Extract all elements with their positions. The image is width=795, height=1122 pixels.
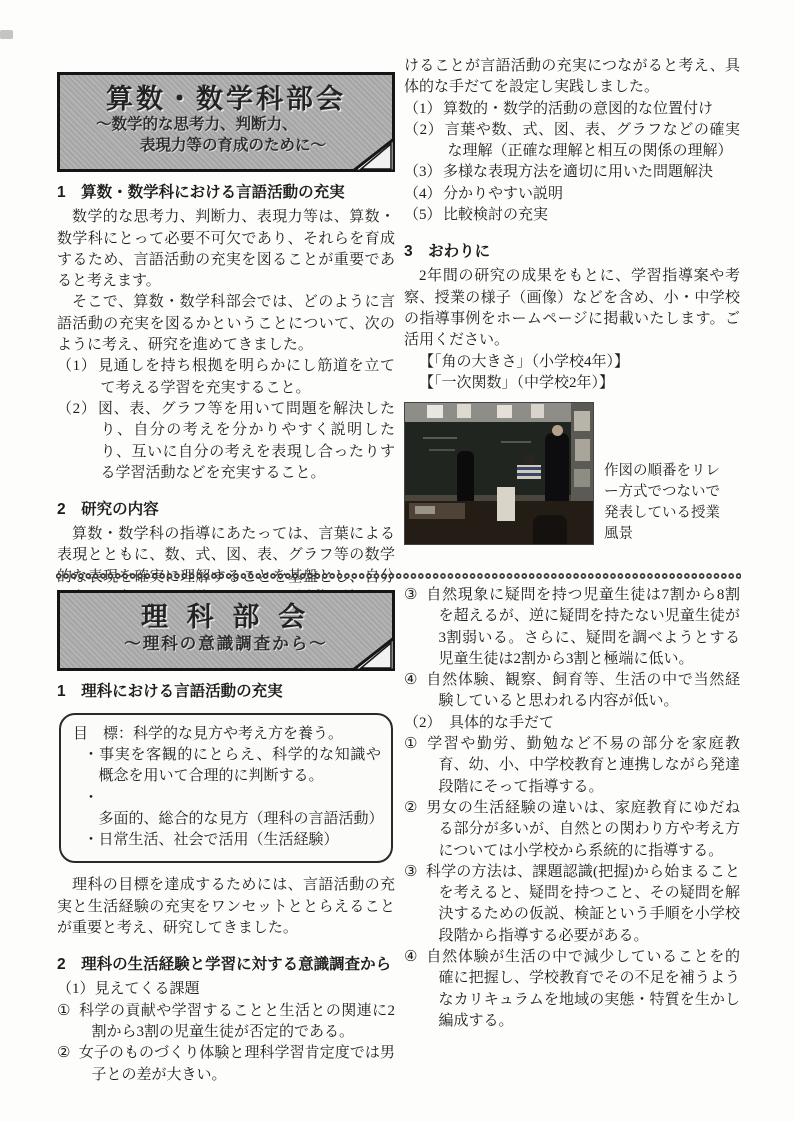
science-issue-2: ②女子のものづくり体験と理科学習肯定度では男子との差が大きい。 bbox=[57, 1043, 395, 1086]
bullet-mark: ・ bbox=[84, 747, 100, 763]
math-heading-1: 1 算数・数学科における言語活動の充実 bbox=[57, 182, 395, 204]
photo-paper bbox=[457, 404, 471, 418]
math-paragraph-1: 数学的な思考力、判断力、表現力等は、算数・数学科にとって必要不可欠であり、それら… bbox=[57, 207, 395, 292]
circled-number: ① bbox=[57, 1003, 71, 1019]
photo-paper bbox=[427, 405, 443, 418]
math-point-1-label: （1） bbox=[404, 101, 442, 117]
science-paragraph-1: 理科の目標を達成するためには、言語活動の充実と生活経験の充実をワンセットととらえ… bbox=[57, 875, 395, 939]
math-banner-title: 算数・数学科部会 bbox=[70, 83, 382, 115]
math-item-1-label: （1） bbox=[57, 358, 97, 374]
science-sub2-label: （2） 具体的な手だて bbox=[404, 713, 740, 734]
math-section-left-column: 算数・数学科部会 ～数学的な思考力、判断力、 表現力等の育成のために～ 1 算数… bbox=[57, 72, 395, 609]
math-point-2: （2）言葉や数、式、図、表、グラフなどの確実な理解（正確な理解と相互の関係の理解… bbox=[404, 120, 740, 163]
science-issue-4: ④自然体験、観察、飼育等、生活の中で当然経験していると思われる内容が低い。 bbox=[404, 670, 740, 713]
photo-student-foreground bbox=[533, 515, 567, 545]
science-section-banner: 理 科 部 会 ～理科の意識調査から～ bbox=[57, 590, 395, 671]
math-point-3-label: （3） bbox=[404, 164, 442, 180]
math-section-right-column: けることが言語活動の充実につながると考え、具体的な手だてを設定し実践しました。 … bbox=[404, 56, 740, 545]
classroom-photo bbox=[404, 402, 594, 545]
photo-caption: 作図の順番をリレー方式でつないで発表している授業風景 bbox=[604, 461, 722, 545]
math-point-2-label: （2） bbox=[404, 122, 443, 138]
math-paragraph-3-continued: けることが言語活動の充実につながると考え、具体的な手だてを設定し実践しました。 bbox=[404, 56, 740, 99]
science-issue-1-text: 科学の貢献や学習することと生活との関連に2割から3割の児童生徒が否定的である。 bbox=[79, 1003, 395, 1040]
scan-artifact bbox=[0, 30, 13, 39]
math-point-4-label: （4） bbox=[404, 186, 442, 202]
photo-chalk-writing bbox=[501, 441, 531, 443]
math-point-5-label: （5） bbox=[404, 207, 442, 223]
math-section-banner: 算数・数学科部会 ～数学的な思考力、判断力、 表現力等の育成のために～ bbox=[57, 72, 395, 172]
math-item-1: （1）見通しを持ち根拠を明らかにし筋道を立てて考える学習を充実すること。 bbox=[57, 356, 395, 399]
goal-bullet-1: ・事実を客観的にとらえ、科学的な知識や概念を用いて合理的に判断する。 bbox=[73, 745, 381, 788]
science-issue-3: ③自然現象に疑問を持つ児童生徒は7割から8割を超えるが、逆に疑問を持たない児童生… bbox=[404, 585, 740, 670]
photo-paper bbox=[531, 404, 544, 418]
science-heading-2: 2 理科の生活経験と学習に対する意識調査から bbox=[57, 954, 395, 976]
photo-paper bbox=[497, 405, 512, 418]
bullet-mark: ・ bbox=[84, 832, 99, 848]
science-measure-4-text: 自然体験が生活の中で減少していることを的確に把握し、学校教育でその不足を補うよう… bbox=[426, 949, 740, 1029]
photo-chalk-writing bbox=[429, 449, 455, 451]
folded-corner-icon bbox=[353, 138, 395, 172]
math-point-4-text: 分かりやすい説明 bbox=[443, 186, 563, 202]
math-reference-2: 【「一次関数」（中学校2年）】 bbox=[404, 373, 740, 394]
photo-poster bbox=[575, 439, 590, 461]
goal-bullet-2-text: 多面的、総合的な見方（理科の言語活動） bbox=[99, 811, 384, 827]
circled-number: ② bbox=[404, 800, 418, 816]
science-heading-1: 1 理科における言語活動の充実 bbox=[57, 681, 395, 703]
math-point-3-text: 多様な表現方法を適切に用いた問題解決 bbox=[443, 164, 713, 180]
photo-student-striped-shirt bbox=[517, 465, 541, 479]
circled-number: ③ bbox=[404, 587, 418, 603]
math-item-2-text: 図、表、グラフ等を用いて問題を解決したり、自分の考えを分かりやすく説明したり、互… bbox=[98, 401, 395, 481]
science-banner-subtitle: ～理科の意識調査から～ bbox=[70, 633, 382, 655]
photo-desk-items bbox=[415, 506, 435, 514]
science-measure-2-text: 男女の生活経験の違いは、家庭教育にゆだねる部分が多いが、自然との関わり方や考え方… bbox=[426, 800, 740, 859]
math-point-1-text: 算数的・数学的活動の意図的な位置付け bbox=[443, 101, 713, 117]
math-banner-subtitle-line1: ～数学的な思考力、判断力、 bbox=[70, 115, 382, 136]
goal-bullet-3-text: 日常生活、社会で活用（生活経験） bbox=[99, 832, 339, 848]
math-point-3: （3）多様な表現方法を適切に用いた問題解決 bbox=[404, 162, 740, 183]
goal-bullet-2: ・多面的、総合的な見方（理科の言語活動） bbox=[73, 788, 381, 831]
goal-bullet-3: ・日常生活、社会で活用（生活経験） bbox=[73, 830, 381, 851]
science-section-left-column: 理 科 部 会 ～理科の意識調査から～ 1 理科における言語活動の充実 目 標：… bbox=[57, 590, 395, 1086]
circled-number: ③ bbox=[404, 864, 418, 880]
science-issue-2-text: 女子のものづくり体験と理科学習肯定度では男子との差が大きい。 bbox=[79, 1045, 395, 1082]
photo-chalk-writing bbox=[423, 437, 457, 439]
photo-poster bbox=[574, 411, 590, 431]
math-heading-2: 2 研究の内容 bbox=[57, 499, 395, 521]
folded-corner-icon bbox=[353, 637, 395, 671]
goal-title-line: 目 標：科学的な見方や考え方を養う。 bbox=[73, 724, 381, 745]
science-issue-1: ①科学の貢献や学習することと生活との関連に2割から3割の児童生徒が否定的である。 bbox=[57, 1001, 395, 1044]
photo-teacher bbox=[545, 433, 569, 505]
science-banner-title: 理 科 部 会 bbox=[70, 601, 382, 633]
photo-row: 作図の順番をリレー方式でつないで発表している授業風景 bbox=[404, 402, 740, 545]
science-measure-1: ①学習や勤労、勤勉など不易の部分を家庭教育、幼、小、中学校教育と連携しながら発達… bbox=[404, 734, 740, 798]
science-sub1-label: （1）見えてくる課題 bbox=[57, 979, 395, 1000]
photo-poster bbox=[574, 469, 590, 487]
circled-number: ② bbox=[57, 1045, 71, 1061]
math-item-1-text: 見通しを持ち根拠を明らかにし筋道を立てて考える学習を充実すること。 bbox=[98, 358, 395, 395]
math-heading-3: 3 おわりに bbox=[404, 241, 740, 263]
circled-number: ④ bbox=[404, 949, 418, 965]
math-paragraph-4: 2年間の研究の成果をもとに、学習指導案や考察、授業の様子（画像）などを含め、小・… bbox=[404, 266, 740, 351]
math-banner-subtitle-line2: 表現力等の育成のために～ bbox=[70, 136, 382, 157]
section-divider bbox=[55, 572, 741, 580]
photo-standing-paper bbox=[497, 487, 515, 521]
math-point-4: （4）分かりやすい説明 bbox=[404, 184, 740, 205]
science-issue-3-text: 自然現象に疑問を持つ児童生徒は7割から8割を超えるが、逆に疑問を持たない児童生徒… bbox=[426, 587, 740, 667]
science-measure-4: ④自然体験が生活の中で減少していることを的確に把握し、学校教育でその不足を補うよ… bbox=[404, 947, 740, 1032]
newsletter-page: 算数・数学科部会 ～数学的な思考力、判断力、 表現力等の育成のために～ 1 算数… bbox=[0, 0, 795, 1122]
circled-number: ④ bbox=[404, 672, 418, 688]
bullet-mark: ・ bbox=[84, 790, 99, 806]
science-goal-box: 目 標：科学的な見方や考え方を養う。 ・事実を客観的にとらえ、科学的な知識や概念… bbox=[59, 713, 393, 864]
science-measure-2: ②男女の生活経験の違いは、家庭教育にゆだねる部分が多いが、自然との関わり方や考え… bbox=[404, 798, 740, 862]
math-point-5-text: 比較検討の充実 bbox=[443, 207, 548, 223]
math-point-1: （1）算数的・数学的活動の意図的な位置付け bbox=[404, 99, 740, 120]
science-section-right-column: ③自然現象に疑問を持つ児童生徒は7割から8割を超えるが、逆に疑問を持たない児童生… bbox=[404, 585, 740, 1032]
science-measure-3-text: 科学の方法は、課題認識(把握)から始まることを考えると、疑問を持つこと、その疑問… bbox=[426, 864, 740, 944]
circled-number: ① bbox=[404, 736, 419, 752]
math-point-2-text: 言葉や数、式、図、表、グラフなどの確実な理解（正確な理解と相互の関係の理解） bbox=[445, 122, 740, 159]
science-measure-3: ③科学の方法は、課題認識(把握)から始まることを考えると、疑問を持つこと、その疑… bbox=[404, 862, 740, 947]
goal-bullet-1-text: 事実を客観的にとらえ、科学的な知識や概念を用いて合理的に判断する。 bbox=[99, 747, 382, 784]
math-point-5: （5）比較検討の充実 bbox=[404, 205, 740, 226]
math-paragraph-2: そこで、算数・数学科部会では、どのように言語活動の充実を図るかということについて… bbox=[57, 292, 395, 356]
math-item-2: （2）図、表、グラフ等を用いて問題を解決したり、自分の考えを分かりやすく説明した… bbox=[57, 399, 395, 484]
math-reference-1: 【「角の大きさ」（小学校4年）】 bbox=[404, 352, 740, 373]
science-issue-4-text: 自然体験、観察、飼育等、生活の中で当然経験していると思われる内容が低い。 bbox=[426, 672, 740, 709]
science-measure-1-text: 学習や勤労、勤勉など不易の部分を家庭教育、幼、小、中学校教育と連携しながら発達段… bbox=[427, 736, 740, 795]
math-item-2-label: （2） bbox=[57, 401, 97, 417]
